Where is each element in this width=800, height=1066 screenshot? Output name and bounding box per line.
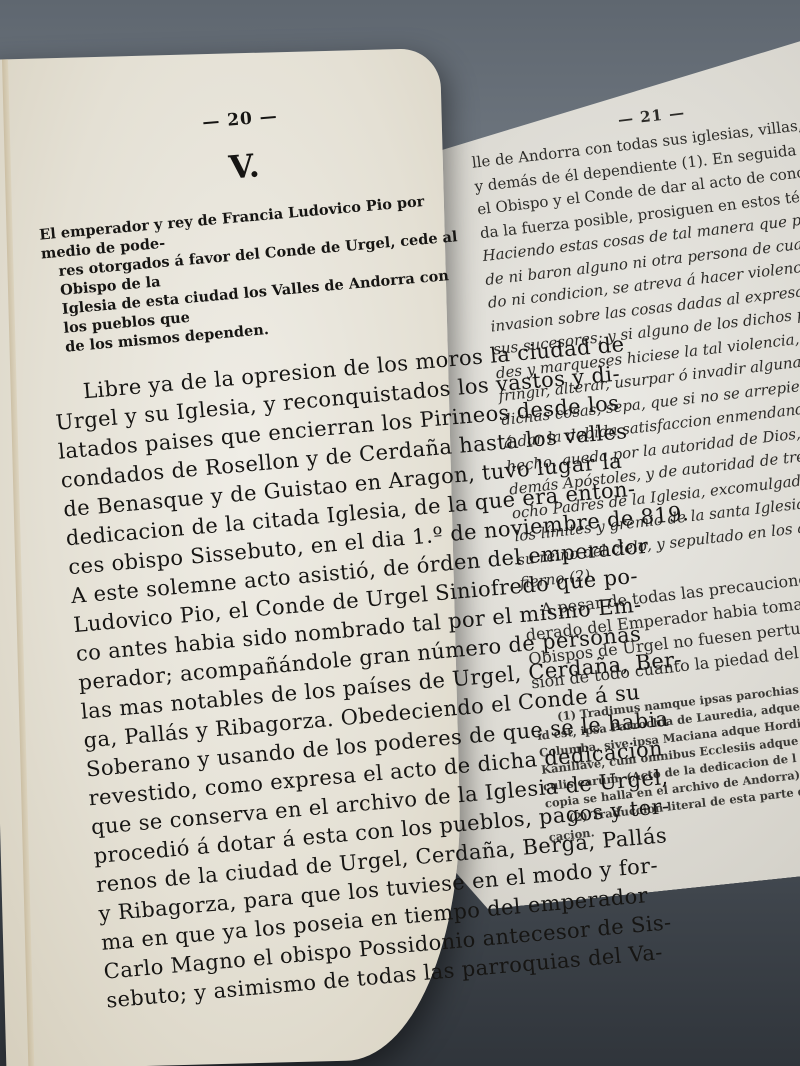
left-page-content: — 20 — V. El emperador y rey de Francia …	[30, 91, 526, 1015]
left-page-body: Libre ya de la opresion de los moros la …	[52, 343, 526, 1015]
book-photo-scene: — 21 — lle de Andorra con todas sus igle…	[0, 0, 800, 1066]
chapter-summary: El emperador y rey de Francia Ludovico P…	[39, 189, 469, 358]
